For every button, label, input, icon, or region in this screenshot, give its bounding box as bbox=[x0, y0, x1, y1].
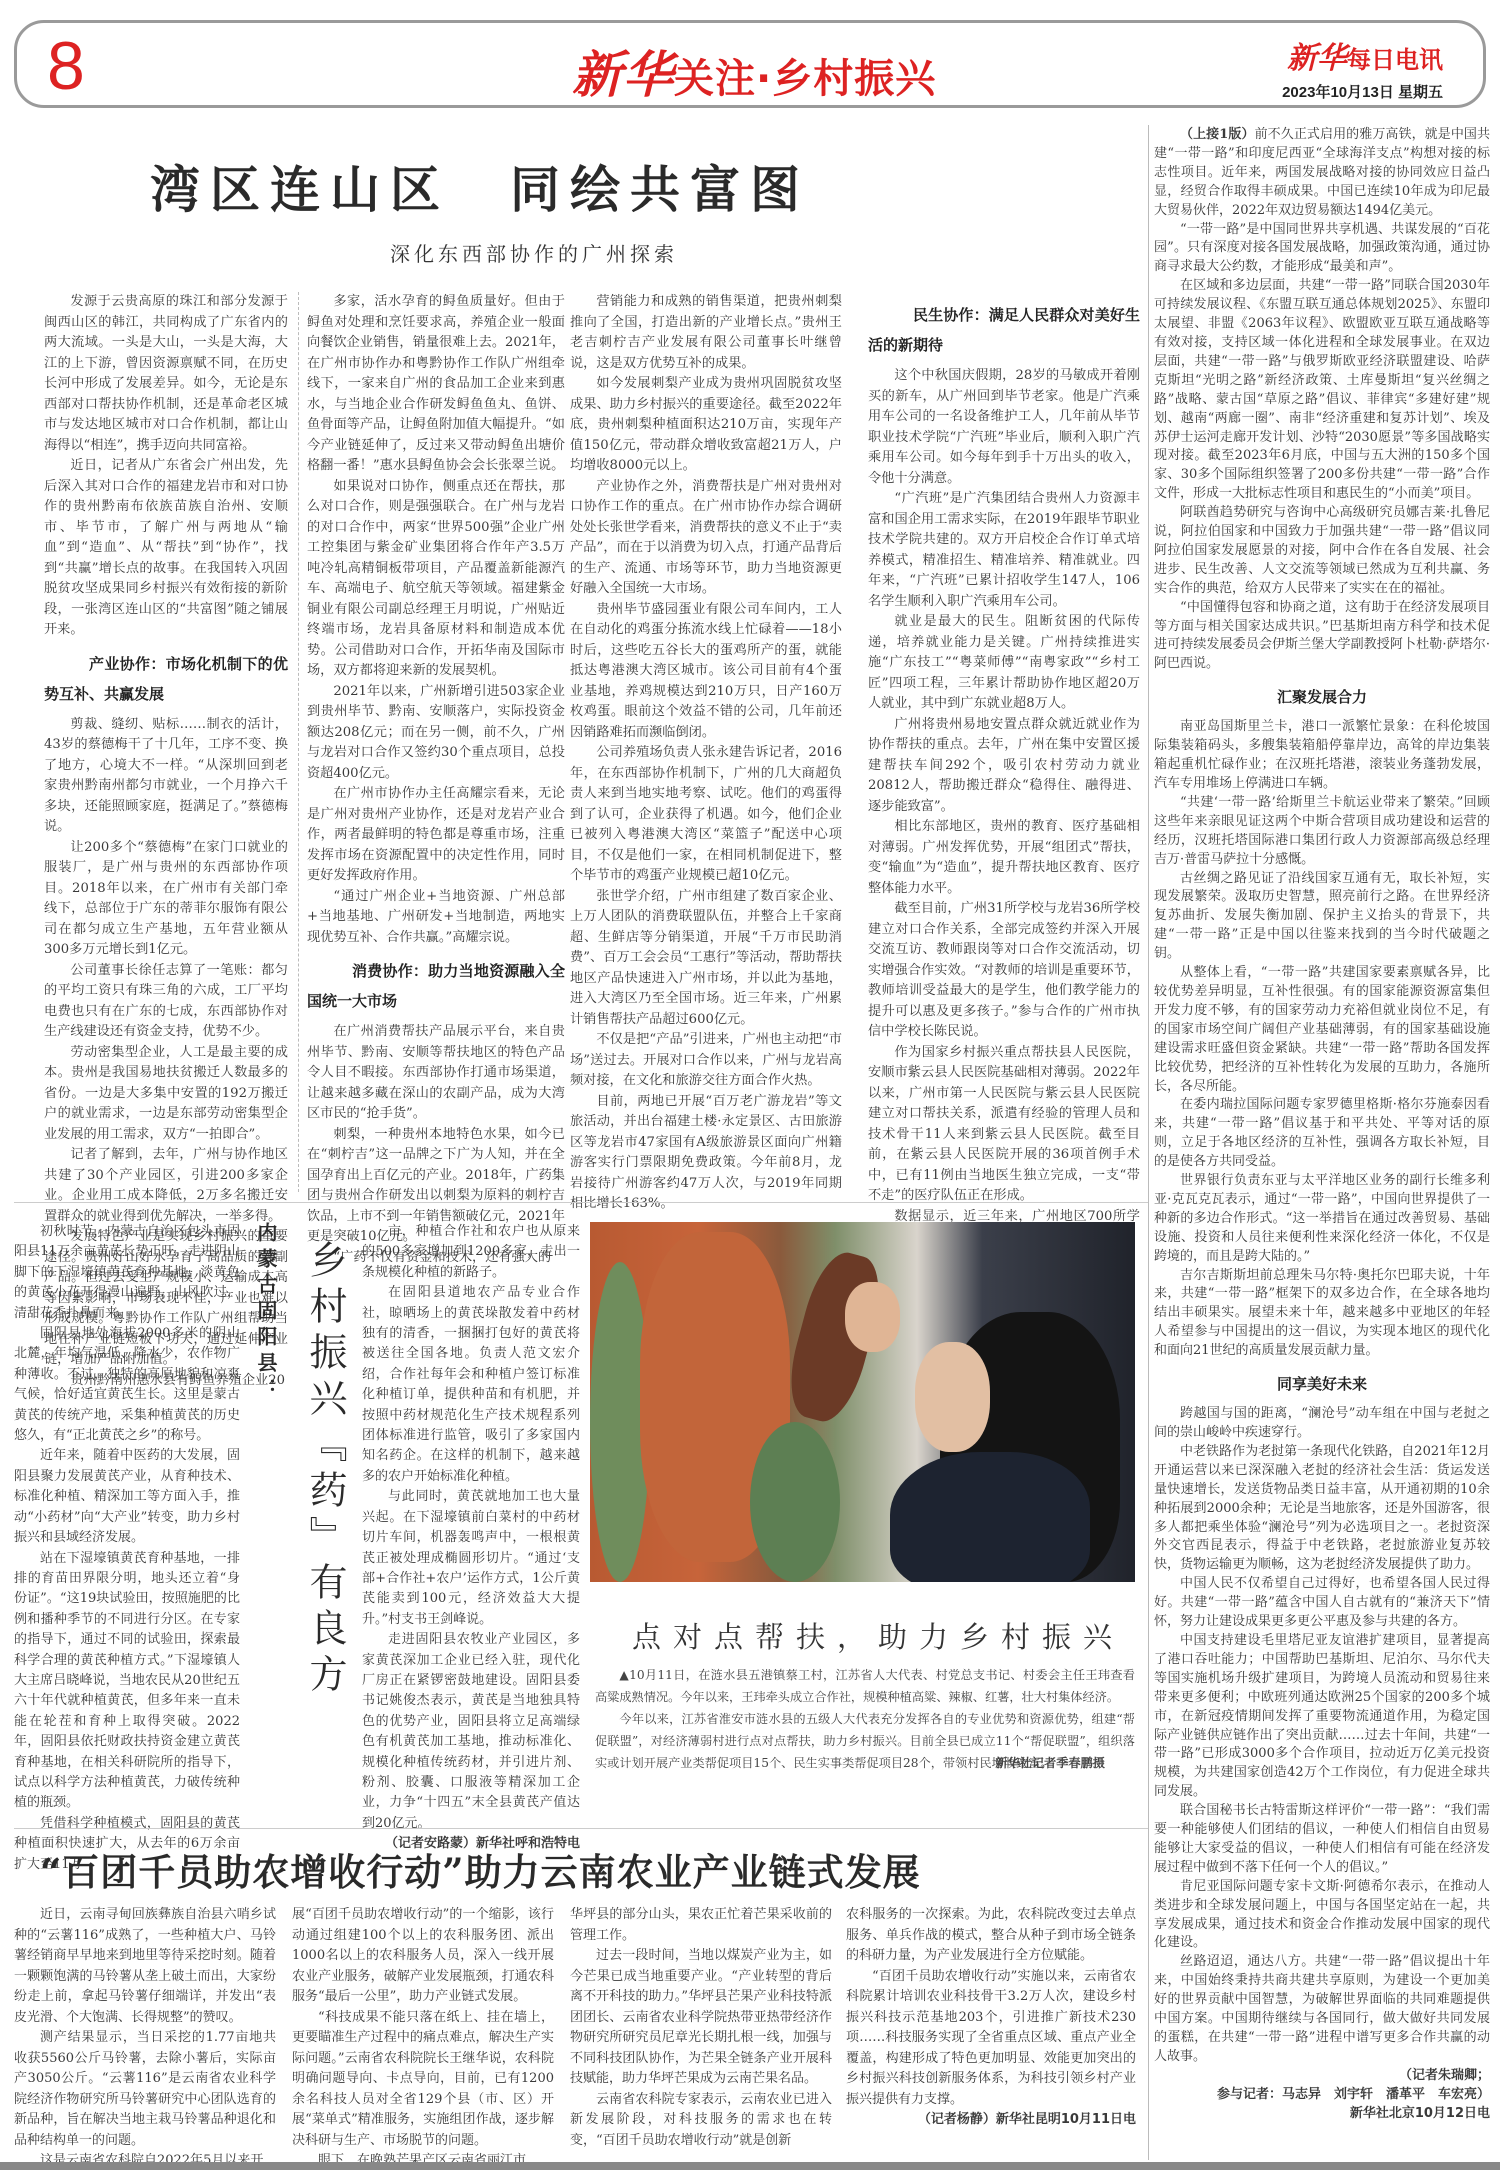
masthead: 8 新华关注·乡村振兴 新华每日电讯 2023年10月13日 星期五 bbox=[14, 20, 1486, 108]
main-article-col-3: 营销能力和成熟的销售渠道，把贵州刺梨推向了全国，打造出新的产业增长点。”贵州王老… bbox=[570, 292, 842, 1215]
page-number: 8 bbox=[47, 27, 85, 105]
main-subheadline: 深化东西部协作的广州探索 bbox=[390, 238, 678, 267]
section-heading: 消费协作：助力当地资源融入全国统一大市场 bbox=[307, 956, 565, 1016]
section-banner: 新华关注·乡村振兴 bbox=[572, 35, 936, 107]
column-divider bbox=[1148, 125, 1149, 2160]
photo-title: 点对点帮扶，助力乡村振兴 bbox=[632, 1615, 1124, 1656]
byline: （记者朱瑞卿； bbox=[1154, 2067, 1490, 2086]
yunnan-col-3: 华坪县的部分山头，果农正忙着芒果采收前的管理工作。 过去一段时间，当地以煤炭产业… bbox=[570, 1905, 832, 2151]
yunnan-headline: “百团千员助农增收行动”助力云南农业产业链式发展 bbox=[40, 1842, 921, 1896]
belt-road-article: （上接1版）前不久正式启用的雅万高铁，就是中国共建“一带一路”和印度尼西亚“全球… bbox=[1154, 126, 1490, 2124]
section-heading: 汇聚发展合力 bbox=[1154, 682, 1490, 712]
column-divider bbox=[298, 292, 299, 1192]
section-heading: 产业协作：市场化机制下的优势互补、共赢发展 bbox=[44, 649, 288, 709]
section-title: 关注·乡村振兴 bbox=[674, 56, 936, 102]
newspaper-name: 新华每日电讯 bbox=[1282, 33, 1443, 77]
guyang-kicker: 内蒙古固阳县： bbox=[252, 1222, 281, 1404]
yunnan-col-1: 近日，云南寻甸回族彝族自治县六哨乡试种的“云薯116”成熟了，一些种植大户、马铃… bbox=[14, 1905, 276, 2170]
section-rule bbox=[14, 1202, 1148, 1203]
yunnan-col-2: 展“百团千员助农增收行动”的一个缩影，该行动通过组建100个以上的农科服务团、派… bbox=[292, 1905, 554, 2170]
page-bottom-border bbox=[0, 2162, 1500, 2170]
section-rule bbox=[14, 1828, 1148, 1829]
byline: （记者杨静）新华社昆明10月11日电 bbox=[846, 2110, 1136, 2131]
section-heading: 同享美好未来 bbox=[1154, 1369, 1490, 1399]
byline: 参与记者：马志异 刘宇轩 潘革平 车宏亮） bbox=[1154, 2086, 1490, 2105]
main-headline: 湾区连山区 同绘共富图 bbox=[150, 150, 810, 222]
issue-date: 2023年10月13日 星期五 bbox=[1282, 81, 1443, 102]
continued-label: （上接1版） bbox=[1180, 127, 1255, 142]
main-article-col-2: 多家，活水孕育的鲟鱼质量好。但由于鲟鱼对处理和烹饪要求高，养殖企业一般面向餐饮企… bbox=[307, 292, 565, 1268]
guyang-col-1: 初秋时节，内蒙古自治区包头市固阳县11万余亩黄芪长势正旺。走进阴山脚下的下湿壕镇… bbox=[14, 1222, 240, 1875]
xinhua-logo-small: 新华 bbox=[1287, 41, 1347, 76]
newspaper-name-block: 新华每日电讯 2023年10月13日 星期五 bbox=[1282, 33, 1443, 102]
guyang-title: 乡村振兴『药』有良方 bbox=[298, 1240, 353, 1700]
main-article-col-4: 民生协作：满足人民群众对美好生活的新期待 这个中秋国庆假期，28岁的马敏成开着刚… bbox=[868, 292, 1140, 1289]
xinhua-logo: 新华 bbox=[572, 45, 674, 104]
guyang-col-2: 亩，种植合作社和农户也从原来的500多家增加到1200多家，走出一条规模化种植的… bbox=[362, 1222, 580, 1855]
photo-caption: ▲10月11日，在涟水县五港镇蔡工村，江苏省人大代表、村党总支书记、村委会主任王… bbox=[595, 1664, 1135, 1774]
feature-photo bbox=[590, 1222, 1135, 1582]
yunnan-col-4: 农科服务的一次探索。为此，农科院改变过去单点服务、单兵作战的模式，整合从种子到市… bbox=[846, 1905, 1136, 2131]
section-heading: 民生协作：满足人民群众对美好生活的新期待 bbox=[868, 300, 1140, 360]
dateline: 新华社北京10月12日电 bbox=[1154, 2105, 1490, 2124]
